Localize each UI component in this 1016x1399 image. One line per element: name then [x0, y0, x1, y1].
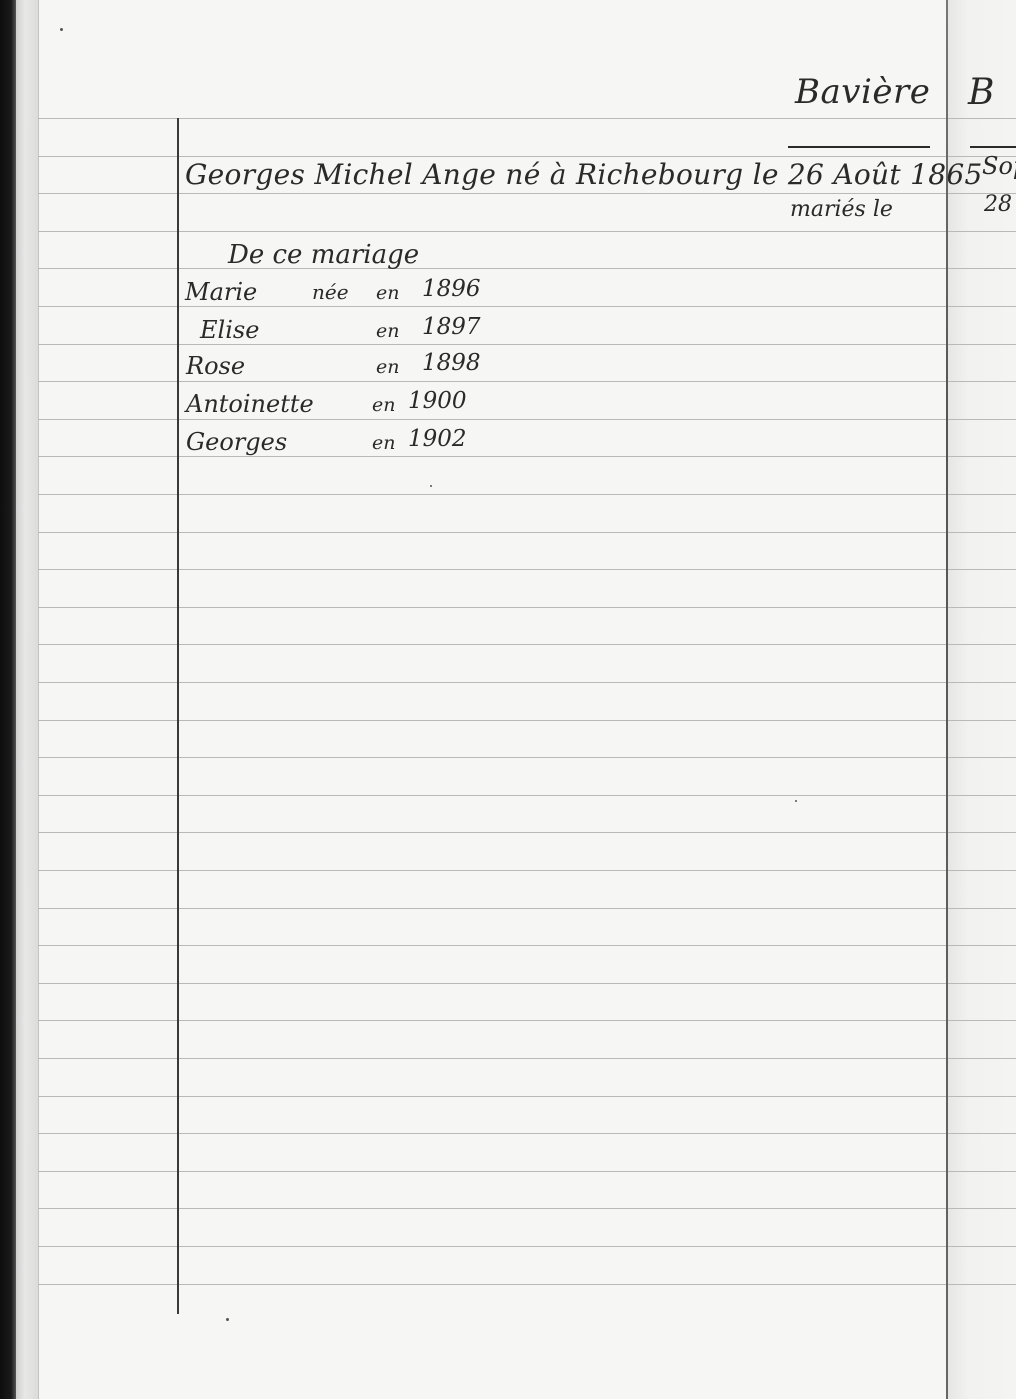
rule-line [38, 607, 1016, 608]
paper-speck [795, 800, 797, 802]
rule-line [38, 1171, 1016, 1172]
child-birth-year: 1902 [408, 426, 467, 452]
child-birth-year: 1898 [422, 350, 481, 376]
page-heading: Bavière [795, 72, 930, 112]
rule-line [38, 682, 1016, 683]
rule-line [38, 1096, 1016, 1097]
book-binding [0, 0, 16, 1399]
margin-line [177, 118, 179, 1314]
child-name: Antoinette [186, 390, 314, 418]
child-name: Elise [200, 316, 259, 344]
child-name: Georges [186, 428, 287, 456]
next-page-heading: B [968, 72, 994, 113]
rule-line [38, 644, 1016, 645]
rule-line [38, 1208, 1016, 1209]
rule-line [38, 1020, 1016, 1021]
rule-line [38, 945, 1016, 946]
next-heading-underline [970, 146, 1016, 148]
married-note: mariés le [790, 197, 893, 222]
child-name: Rose [186, 352, 245, 380]
rule-line [38, 268, 1016, 269]
child-birth-year: 1896 [422, 276, 481, 302]
rule-line [38, 1133, 1016, 1134]
rule-line [38, 306, 1016, 307]
child-note: née [312, 280, 349, 304]
child-en: en [376, 282, 399, 304]
rule-line [38, 908, 1016, 909]
children-heading: De ce mariage [228, 240, 419, 270]
rule-line [38, 1246, 1016, 1247]
rule-line [38, 983, 1016, 984]
rule-line [38, 532, 1016, 533]
rule-line [38, 1058, 1016, 1059]
next-page-fragment: Sop [982, 152, 1016, 180]
heading-underline [788, 146, 930, 148]
child-en: en [376, 320, 399, 342]
child-birth-year: 1897 [422, 314, 481, 340]
rule-line [38, 419, 1016, 420]
rule-line [38, 193, 1016, 194]
paper-speck [226, 1318, 229, 1321]
page-edge [16, 0, 39, 1399]
rule-line [38, 344, 1016, 345]
birth-entry: Georges Michel Ange né à Richebourg le 2… [185, 158, 983, 191]
page-gutter-line [946, 0, 948, 1399]
rule-line [38, 870, 1016, 871]
rule-line [38, 1284, 1016, 1285]
child-birth-year: 1900 [408, 388, 467, 414]
rule-line [38, 118, 1016, 119]
paper-speck [60, 28, 63, 31]
child-en: en [372, 394, 395, 416]
child-en: en [376, 356, 399, 378]
child-en: en [372, 432, 395, 454]
next-page-fragment: 28 [984, 192, 1012, 217]
rule-line [38, 456, 1016, 457]
rule-line [38, 832, 1016, 833]
rule-line [38, 381, 1016, 382]
register-page: Bavière B Georges Michel Ange né à Riche… [0, 0, 1016, 1399]
paper-speck [430, 485, 432, 487]
rule-line [38, 569, 1016, 570]
rule-line [38, 156, 1016, 157]
rule-line [38, 795, 1016, 796]
rule-line [38, 231, 1016, 232]
rule-line [38, 720, 1016, 721]
child-name: Marie [185, 278, 257, 306]
rule-line [38, 757, 1016, 758]
rule-line [38, 494, 1016, 495]
